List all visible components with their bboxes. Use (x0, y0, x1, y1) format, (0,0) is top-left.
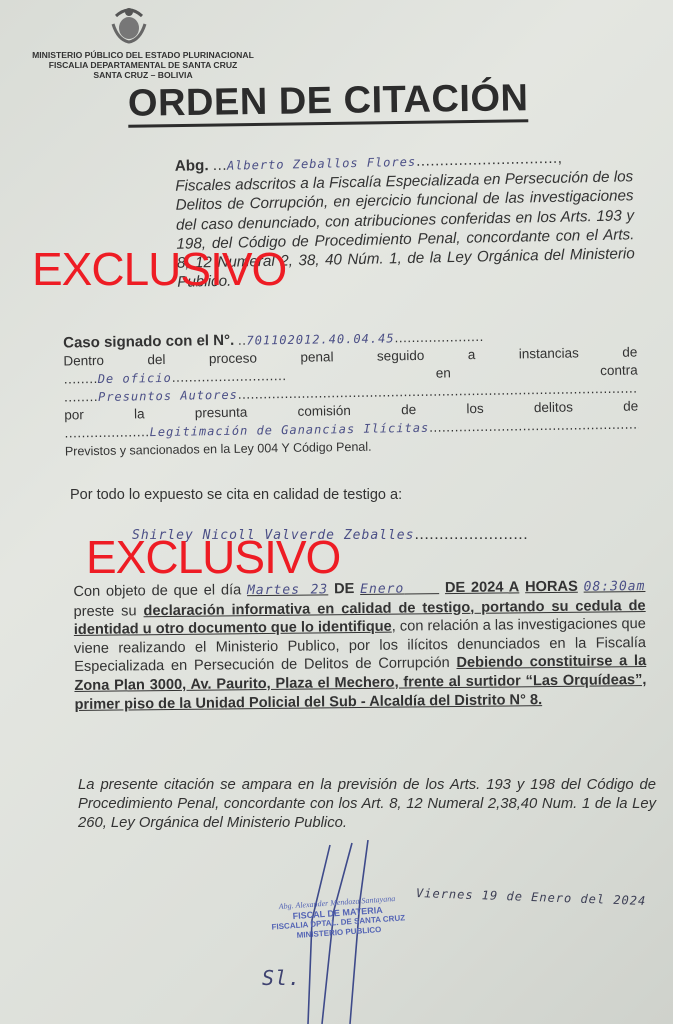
coat-of-arms-icon (108, 4, 150, 44)
case-label: Caso signado con el N°. (63, 332, 234, 352)
delitos-value: Legitimación de Ganancias Ilícitas (149, 421, 429, 439)
header-line-3: SANTA CRUZ – BOLIVIA (18, 70, 268, 80)
document-title: ORDEN DE CITACIÓN (128, 77, 529, 128)
legal-note: La presente citación se ampara en la pre… (78, 776, 656, 833)
appointment-year: DE 2024 A (445, 579, 520, 596)
citation-intro: Por todo lo expuesto se cita en calidad … (70, 486, 402, 505)
header-line-1: MINISTERIO PÚBLICO DEL ESTADO PLURINACIO… (18, 50, 268, 60)
instancias-value: De oficio (98, 371, 172, 386)
exclusive-watermark: EXCLUSIVO (32, 242, 286, 296)
case-number: 701102012.40.04.45 (246, 331, 394, 347)
abg-prefix: Abg. (175, 157, 209, 175)
prosecutor-name: Alberto Zeballos Flores (227, 155, 416, 173)
signature-date: Viernes 19 de Enero del 2024 (416, 886, 647, 908)
appointment-month: Enero (360, 582, 404, 597)
case-block: Caso signado con el N°. ..701102012.40.0… (63, 325, 639, 460)
institution-header: MINISTERIO PÚBLICO DEL ESTADO PLURINACIO… (18, 50, 268, 80)
initials: Sl. (262, 966, 301, 990)
header-line-2: FISCALIA DEPARTAMENTAL DE SANTA CRUZ (18, 60, 268, 70)
contra-value: Presuntos Autores (98, 388, 238, 404)
appointment-day: Martes 23 (247, 582, 328, 598)
citation-paragraph: Con objeto de que el día Martes 23 DE En… (73, 577, 646, 714)
appointment-time: 08:30am (584, 579, 646, 595)
exclusive-watermark: EXCLUSIVO (86, 530, 340, 584)
